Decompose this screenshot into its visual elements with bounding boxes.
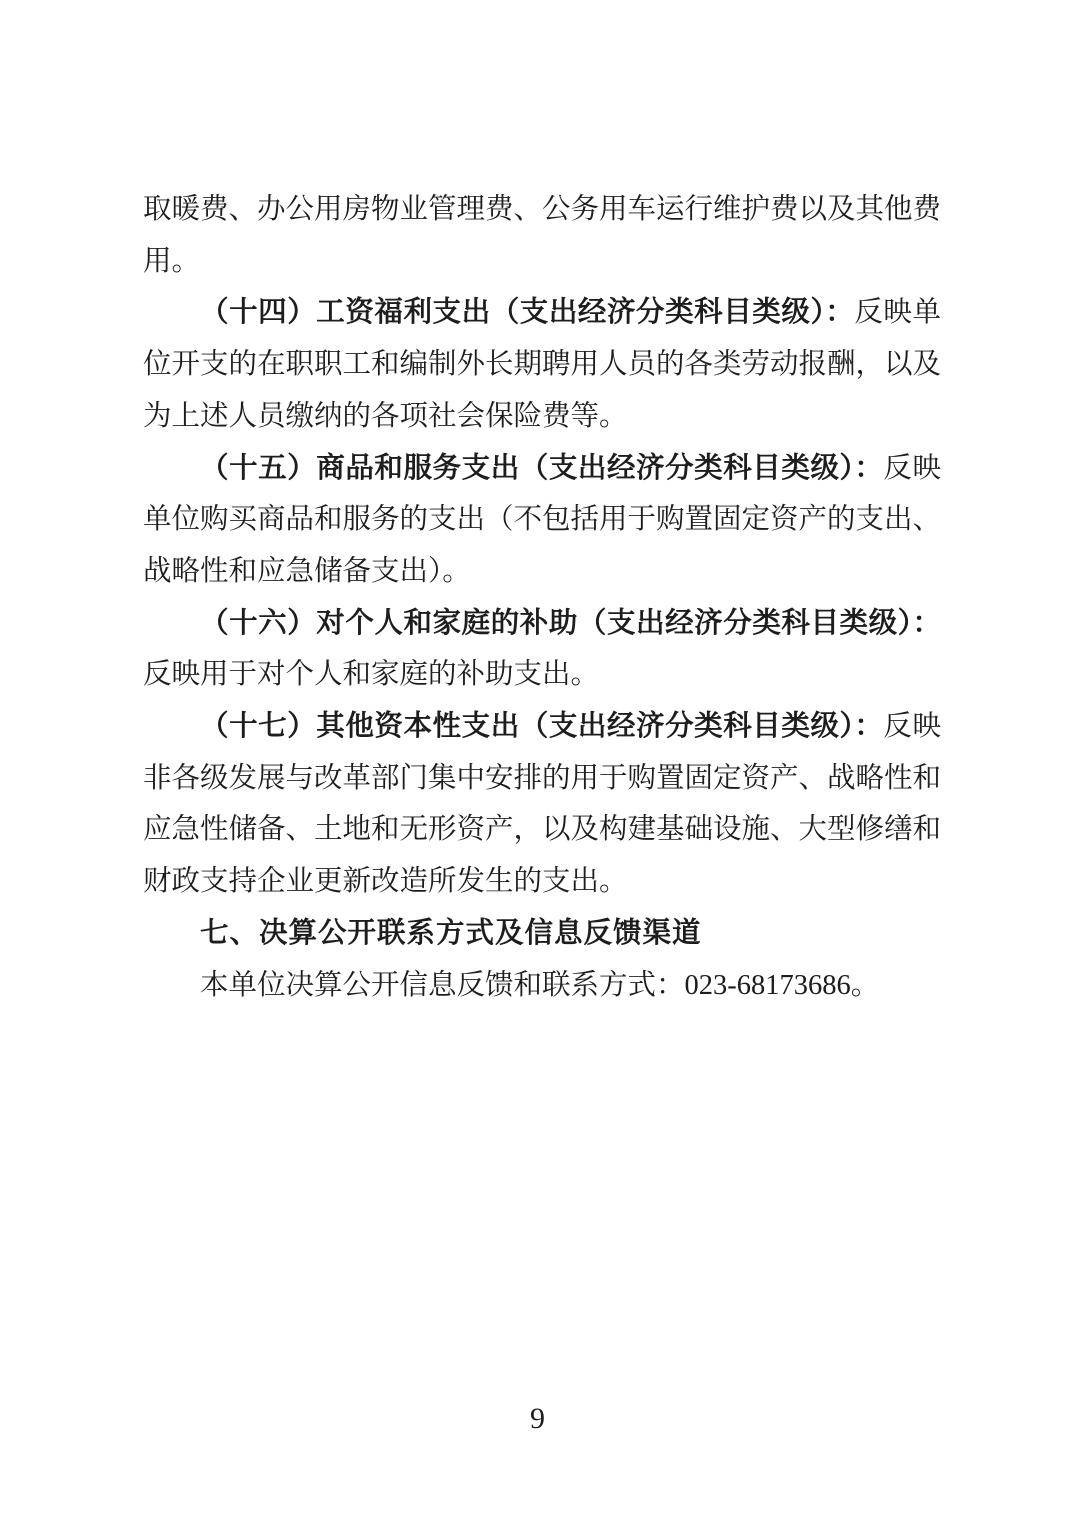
paragraph-text: 七、决算公开联系方式及信息反馈渠道	[200, 917, 702, 949]
paragraph: 取暖费、办公用房物业管理费、公务用车运行维护费以及其他费用。	[143, 184, 941, 287]
paragraph: （十四）工资福利支出（支出经济分类科目类级）：反映单位开支的在职职工和编制外长期…	[143, 287, 941, 442]
paragraph-lead: （十四）工资福利支出（支出经济分类科目类级）：	[200, 297, 854, 328]
paragraph-lead: （十七）其他资本性支出（支出经济分类科目类级）：	[200, 711, 883, 742]
paragraph: （十七）其他资本性支出（支出经济分类科目类级）：反映非各级发展与改革部门集中安排…	[143, 701, 941, 908]
paragraph-text: 反映用于对个人和家庭的补助支出。	[143, 659, 599, 690]
paragraph: （十五）商品和服务支出（支出经济分类科目类级）：反映单位购买商品和服务的支出（不…	[143, 443, 941, 598]
paragraph-text: 本单位决算公开信息反馈和联系方式：023-68173686。	[200, 970, 879, 1001]
section-heading: 七、决算公开联系方式及信息反馈渠道	[143, 908, 941, 960]
paragraph: 本单位决算公开信息反馈和联系方式：023-68173686。	[143, 960, 941, 1012]
paragraph-lead: （十六）对个人和家庭的补助（支出经济分类科目类级）：	[200, 608, 941, 639]
paragraph-text: 取暖费、办公用房物业管理费、公务用车运行维护费以及其他费用。	[143, 194, 941, 277]
page-number: 9	[0, 1398, 1075, 1440]
paragraph: （十六）对个人和家庭的补助（支出经济分类科目类级）：反映用于对个人和家庭的补助支…	[143, 598, 941, 701]
paragraph-lead: （十五）商品和服务支出（支出经济分类科目类级）：	[200, 453, 883, 484]
document-content: 取暖费、办公用房物业管理费、公务用车运行维护费以及其他费用。 （十四）工资福利支…	[143, 184, 941, 1011]
document-page: 取暖费、办公用房物业管理费、公务用车运行维护费以及其他费用。 （十四）工资福利支…	[0, 0, 1075, 1520]
